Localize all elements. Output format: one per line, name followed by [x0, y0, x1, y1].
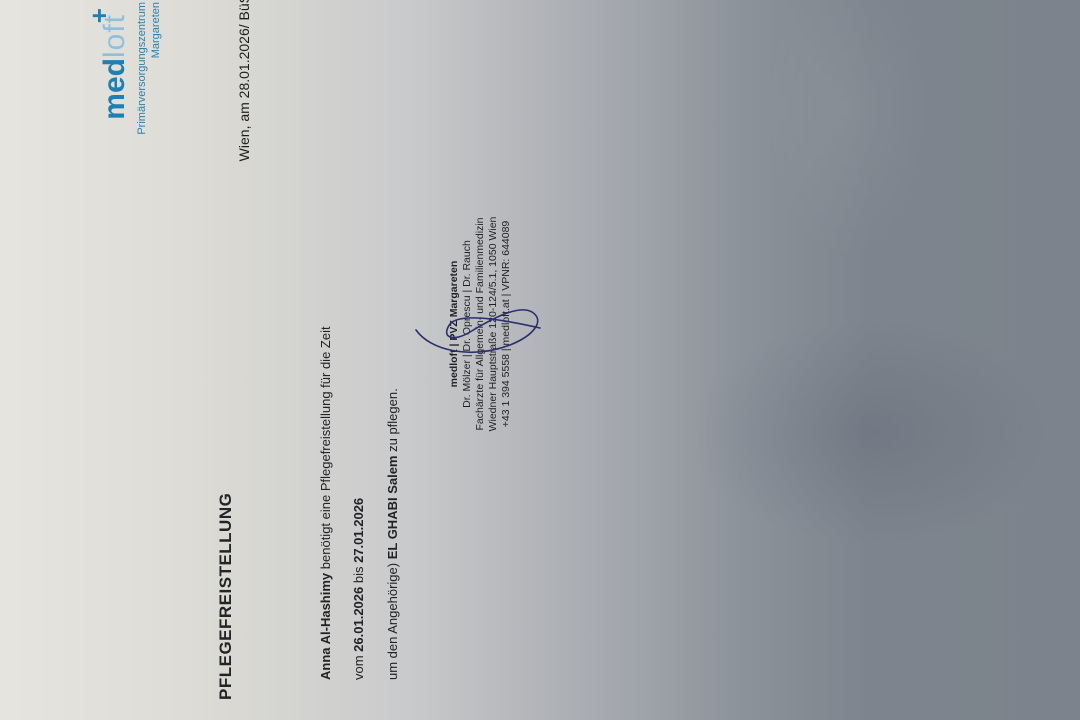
stamp-address: Wiedner Hauptstraße 120-124/5.1, 1050 Wi…	[487, 194, 500, 454]
stamp-doctors: Dr. Mölzer | Dr. Oprescu | Dr. Rauch	[461, 194, 474, 454]
body-line-1-text: benötigt eine Pflegefreistellung für die…	[318, 326, 333, 572]
document-title: PFLEGEFREISTELLUNG	[216, 493, 236, 700]
photo-background: medloft + Primärversorgungszentrum Marga…	[0, 0, 1080, 720]
date-connector: bis	[351, 563, 366, 587]
stamp-practice-name: medloft | PVZ Margareten	[448, 194, 461, 454]
body-line-1: Anna Al-Hashimy benötigt eine Pflegefrei…	[318, 326, 333, 680]
medloft-logo: medloft +	[98, 14, 132, 120]
document-page: medloft + Primärversorgungszentrum Marga…	[0, 0, 1080, 720]
body-line-3: um den Angehörige) EL GHABI Salem zu pfl…	[385, 388, 400, 680]
logo-text-bold: med	[98, 58, 132, 120]
patient-name: Anna Al-Hashimy	[318, 573, 333, 680]
date-from: 26.01.2026	[351, 587, 366, 652]
body-line-2: vom 26.01.2026 bis 27.01.2026	[351, 498, 366, 680]
stamp-contact: +43 1 394 5558 | medloft.at | VPNR: 6440…	[500, 194, 513, 454]
place-date: Wien, am 28.01.2026/ BüS	[236, 0, 252, 161]
subtitle-line-1: Primärversorgungszentrum	[135, 2, 149, 135]
practice-stamp: medloft | PVZ Margareten Dr. Mölzer | Dr…	[448, 194, 513, 454]
relative-suffix: zu pflegen.	[385, 388, 400, 455]
stamp-specialty: Fachärzte für Allgemein- und Familienmed…	[474, 194, 487, 454]
letterhead-subtitle: Primärversorgungszentrum Margareten	[135, 2, 163, 135]
subtitle-line-2: Margareten	[149, 2, 163, 135]
date-prefix: vom	[351, 652, 366, 680]
relative-name: EL GHABI Salem	[385, 456, 400, 560]
date-to: 27.01.2026	[351, 498, 366, 563]
plus-icon: +	[86, 8, 112, 23]
relative-prefix: um den Angehörige)	[385, 559, 400, 680]
